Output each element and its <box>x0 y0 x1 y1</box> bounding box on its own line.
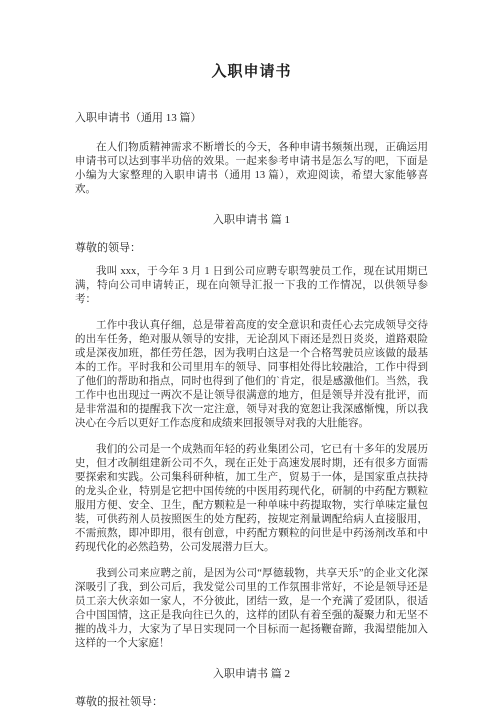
section-1-paragraph-1: 我叫 xxx，于今年 3 月 1 日到公司应聘专职驾驶员工作，现在试用期已满，特… <box>75 265 428 307</box>
document-page: 入职申请书 入职申请书（通用 13 篇） 在人们物质精神需求不断增长的今天，各种… <box>0 0 500 708</box>
document-title: 入职申请书 <box>75 60 428 81</box>
section-1-paragraph-2: 工作中我认真仔细，总是带着高度的安全意识和责任心去完成领导交待的出车任务，绝对服… <box>75 319 428 431</box>
section-2-salutation: 尊敬的报社领导： <box>75 693 428 708</box>
section-1-paragraph-4: 我到公司来应聘之前，是因为公司“厚德载物，共享天乐”的企业文化深深吸引了我，到公… <box>75 567 428 651</box>
section-1-heading: 入职申请书 篇 1 <box>75 211 428 227</box>
document-subtitle: 入职申请书（通用 13 篇） <box>75 109 428 125</box>
section-1-paragraph-3: 我们的公司是一个成熟而年轻的药业集团公司，它已有十多年的发展历史，但才改制组建新… <box>75 443 428 555</box>
section-2-heading: 入职申请书 篇 2 <box>75 665 428 681</box>
intro-paragraph: 在人们物质精神需求不断增长的今天，各种申请书频频出现，正确运用申请书可以达到事半… <box>75 141 428 197</box>
section-1-salutation: 尊敬的领导： <box>75 239 428 255</box>
